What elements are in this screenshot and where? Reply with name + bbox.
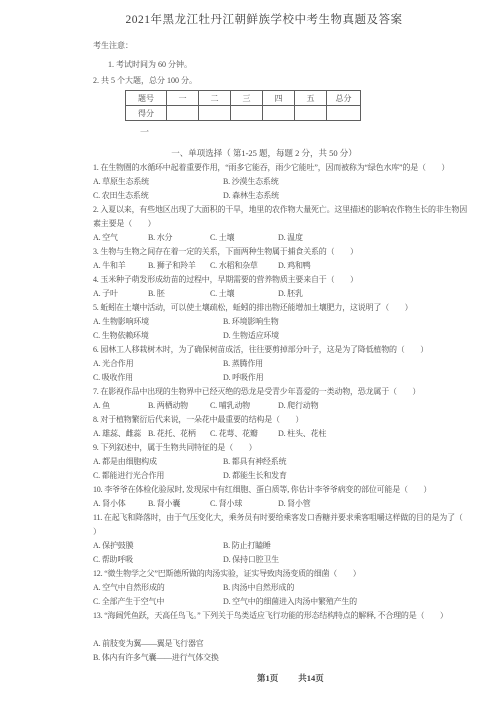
question-9-option: D. 都能生长和发育 [223, 469, 435, 483]
question-3-option: A. 牛和羊 [93, 259, 148, 273]
question-5-option: C. 生物依赖环境 [93, 329, 223, 343]
score-cell [263, 106, 295, 121]
score-cell [295, 106, 327, 121]
question-1-option: A. 草原生态系统 [93, 175, 223, 189]
footer-total-pages: 共14页 [298, 673, 324, 683]
score-row-label: 得分 [126, 106, 167, 121]
question-1-option: C. 农田生态系统 [93, 189, 223, 203]
blank-line [93, 623, 435, 637]
question-12-options-row: A. 空气中自然形成的B. 肉汤中自然形成的 [93, 581, 435, 595]
question-11-text: 11. 在起飞和降落时，由于气压变化大，乘务员有时要给乘客发口香糖并要求乘客咀嚼… [93, 511, 435, 525]
question-4-option: B. 胚 [148, 287, 210, 301]
score-row: 得分 [126, 106, 361, 121]
question-5-options-row: A. 生物影响环境B. 环境影响生物 [93, 315, 435, 329]
question-6-option: A. 光合作用 [93, 357, 223, 371]
score-cell [231, 106, 263, 121]
question-11-options-row: C. 帮助呼吸D. 保持口腔卫生 [93, 553, 435, 567]
question-1-option: D. 森林生态系统 [223, 189, 435, 203]
score-header-cell: 题号 [126, 91, 167, 106]
question-11-options-row: A. 保护鼓膜B. 防止打瞌睡 [93, 539, 435, 553]
question-11-option: C. 帮助呼吸 [93, 553, 223, 567]
question-12-option: C. 全部产生于空气中 [93, 595, 223, 609]
question-8-option: D. 柱头、花柱 [278, 427, 435, 441]
score-cell [167, 106, 199, 121]
question-3-options-row: A. 牛和羊B. 狮子和羚羊C. 水稻和杂草D. 鸡和鸭 [93, 259, 435, 273]
question-11-text: ） [93, 525, 435, 539]
question-6-option: C. 吸收作用 [93, 371, 223, 385]
section-one-mark: 一 [140, 126, 435, 138]
question-4-option: A. 子叶 [93, 287, 148, 301]
question-8-option: B. 花托、花柄 [148, 427, 210, 441]
question-2-option: C. 土壤 [210, 231, 278, 245]
notice-label: 考生注意： [93, 40, 435, 51]
score-table-header-row: 题号 一 二 三 四 五 总分 [126, 91, 361, 106]
score-header-cell: 四 [263, 91, 295, 106]
question-7-option: A. 鱼 [93, 399, 148, 413]
score-cell [327, 106, 361, 121]
question-5-option: A. 生物影响环境 [93, 315, 223, 329]
score-header-cell: 五 [295, 91, 327, 106]
question-7-option: B. 两栖动物 [148, 399, 210, 413]
question-4-option: C. 土壤 [210, 287, 278, 301]
question-13-option: B. 体内有许多气囊——进行气体交换 [93, 653, 219, 662]
question-2-option: B. 水分 [148, 231, 210, 245]
question-9-text: 9. 下列叙述中，属于生物共同特征的是（ ） [93, 441, 435, 455]
question-4-option: D. 胚乳 [278, 287, 435, 301]
question-10-option: C. 肾小球 [210, 497, 278, 511]
question-9-option: C. 都能进行光合作用 [93, 469, 223, 483]
question-6-options-row: C. 吸收作用D. 呼吸作用 [93, 371, 435, 385]
score-cell [199, 106, 231, 121]
score-table: 题号 一 二 三 四 五 总分 得分 [125, 90, 361, 121]
question-8-option: C. 花萼、花瓣 [210, 427, 278, 441]
section-heading: 一、单项选择（ 第1-25 题，每题 2 分，共 50 分） [93, 147, 435, 159]
question-13-options-row: A. 前肢变为翼——翼是飞行器官 [93, 637, 435, 651]
question-12-text: 12. “微生物学之父”巴斯德所做的肉汤实验，证实导致肉汤变质的细菌（ ） [93, 567, 435, 581]
question-8-options-row: A. 雄蕊、雌蕊B. 花托、花柄C. 花萼、花瓣D. 柱头、花柱 [93, 427, 435, 441]
question-5-options-row: C. 生物依赖环境D. 生物适应环境 [93, 329, 435, 343]
question-1-text: 1. 在生物圈的水循环中起着重要作用，“雨多它能吞，雨少它能吐”，因而被称为“绿… [93, 161, 435, 175]
question-13-option: A. 前肢变为翼——翼是飞行器官 [93, 639, 204, 648]
question-5-text: 5. 蚯蚓在土壤中活动，可以使土壤疏松，蚯蚓的排出物还能增加土壤肥力，这说明了（… [93, 301, 435, 315]
question-3-text: 3. 生物与生物之间存在着一定的关系，下面两种生物属于捕食关系的（ ） [93, 245, 435, 259]
question-1-options-row: C. 农田生态系统D. 森林生态系统 [93, 189, 435, 203]
question-2-text: 2. 入夏以来，有些地区出现了大面积的干旱，地里的农作物大量死亡。这里描述的影响… [93, 203, 435, 217]
question-2-options-row: A. 空气B. 水分C. 土壤D. 温度 [93, 231, 435, 245]
question-11-option: D. 保持口腔卫生 [223, 553, 435, 567]
question-2-text: 素主要是（ ） [93, 217, 435, 231]
question-6-option: D. 呼吸作用 [223, 371, 435, 385]
question-3-option: D. 鸡和鸭 [278, 259, 435, 273]
question-2-option: D. 温度 [278, 231, 435, 245]
question-10-option: D. 肾小管 [278, 497, 435, 511]
score-header-cell: 总分 [327, 91, 361, 106]
question-10-text: 10. 李爷爷在体检化验尿时, 发现尿中有红细胞、蛋白质等, 你估计李爷爷病变的… [93, 483, 435, 497]
question-7-text: 7. 在影视作品中出现的生物界中已经灭绝的恐龙是受青少年喜爱的一类动物，恐龙属于… [93, 385, 435, 399]
exam-title: 2021年黑龙江牡丹江朝鲜族学校中考生物真题及答案 [93, 13, 435, 27]
footer-page-number: 第1页 [257, 673, 278, 683]
question-12-option: A. 空气中自然形成的 [93, 581, 223, 595]
question-5-option: B. 环境影响生物 [223, 315, 435, 329]
question-5-option: D. 生物适应环境 [223, 329, 435, 343]
score-header-cell: 三 [231, 91, 263, 106]
score-header-cell: 二 [199, 91, 231, 106]
question-12-option: B. 肉汤中自然形成的 [223, 581, 435, 595]
question-10-options-row: A. 肾小体B. 肾小囊C. 肾小球D. 肾小管 [93, 497, 435, 511]
notice-item-2: 2. 共 5 个大题，总分 100 分。 [93, 75, 435, 86]
question-11-option: A. 保护鼓膜 [93, 539, 223, 553]
question-10-option: A. 肾小体 [93, 497, 148, 511]
question-11-option: B. 防止打瞌睡 [223, 539, 435, 553]
question-8-text: 8. 对于植物繁衍后代来说，一朵花中最重要的结构是（ ） [93, 413, 435, 427]
question-12-options-row: C. 全部产生于空气中D. 空气中的细菌进入肉汤中繁殖产生的 [93, 595, 435, 609]
exam-page: 2021年黑龙江牡丹江朝鲜族学校中考生物真题及答案 考生注意： 1. 考试时间为… [0, 0, 500, 708]
question-13-options-row: B. 体内有许多气囊——进行气体交换 [93, 651, 435, 665]
question-2-option: A. 空气 [93, 231, 148, 245]
question-12-option: D. 空气中的细菌进入肉汤中繁殖产生的 [223, 595, 435, 609]
question-6-text: 6. 园林工人移栽树木时，为了确保树苗成活，往往要剪掉部分叶子，这是为了降低植物… [93, 343, 435, 357]
question-9-options-row: C. 都能进行光合作用D. 都能生长和发育 [93, 469, 435, 483]
question-6-option: B. 蒸腾作用 [223, 357, 435, 371]
question-9-options-row: A. 都是由细胞构成B. 都具有神经系统 [93, 455, 435, 469]
notice-item-1: 1. 考试时间为 60 分钟。 [108, 59, 435, 70]
question-9-option: B. 都具有神经系统 [223, 455, 435, 469]
score-header-cell: 一 [167, 91, 199, 106]
question-7-options-row: A. 鱼B. 两栖动物C. 哺乳动物D. 爬行动物 [93, 399, 435, 413]
question-10-option: B. 肾小囊 [148, 497, 210, 511]
question-7-option: D. 爬行动物 [278, 399, 435, 413]
question-list: 1. 在生物圈的水循环中起着重要作用，“雨多它能吞，雨少它能吐”，因而被称为“绿… [93, 161, 435, 665]
question-4-options-row: A. 子叶B. 胚C. 土壤D. 胚乳 [93, 287, 435, 301]
question-3-option: B. 狮子和羚羊 [148, 259, 210, 273]
question-1-options-row: A. 草原生态系统B. 沙漠生态系统 [93, 175, 435, 189]
page-content: 2021年黑龙江牡丹江朝鲜族学校中考生物真题及答案 考生注意： 1. 考试时间为… [0, 0, 500, 684]
question-13-text: 13. “海阔凭鱼跃，天高任鸟飞。” 下列关于鸟类适应飞行功能的形态结构特点的解… [93, 609, 435, 623]
question-6-options-row: A. 光合作用B. 蒸腾作用 [93, 357, 435, 371]
page-footer: 第1页共14页 [257, 672, 435, 684]
question-7-option: C. 哺乳动物 [210, 399, 278, 413]
question-4-text: 4. 玉米种子萌发形成幼苗的过程中，早期需要的营养物质主要来自于（ ） [93, 273, 435, 287]
question-8-option: A. 雄蕊、雌蕊 [93, 427, 148, 441]
question-9-option: A. 都是由细胞构成 [93, 455, 223, 469]
question-3-option: C. 水稻和杂草 [210, 259, 278, 273]
question-1-option: B. 沙漠生态系统 [223, 175, 435, 189]
